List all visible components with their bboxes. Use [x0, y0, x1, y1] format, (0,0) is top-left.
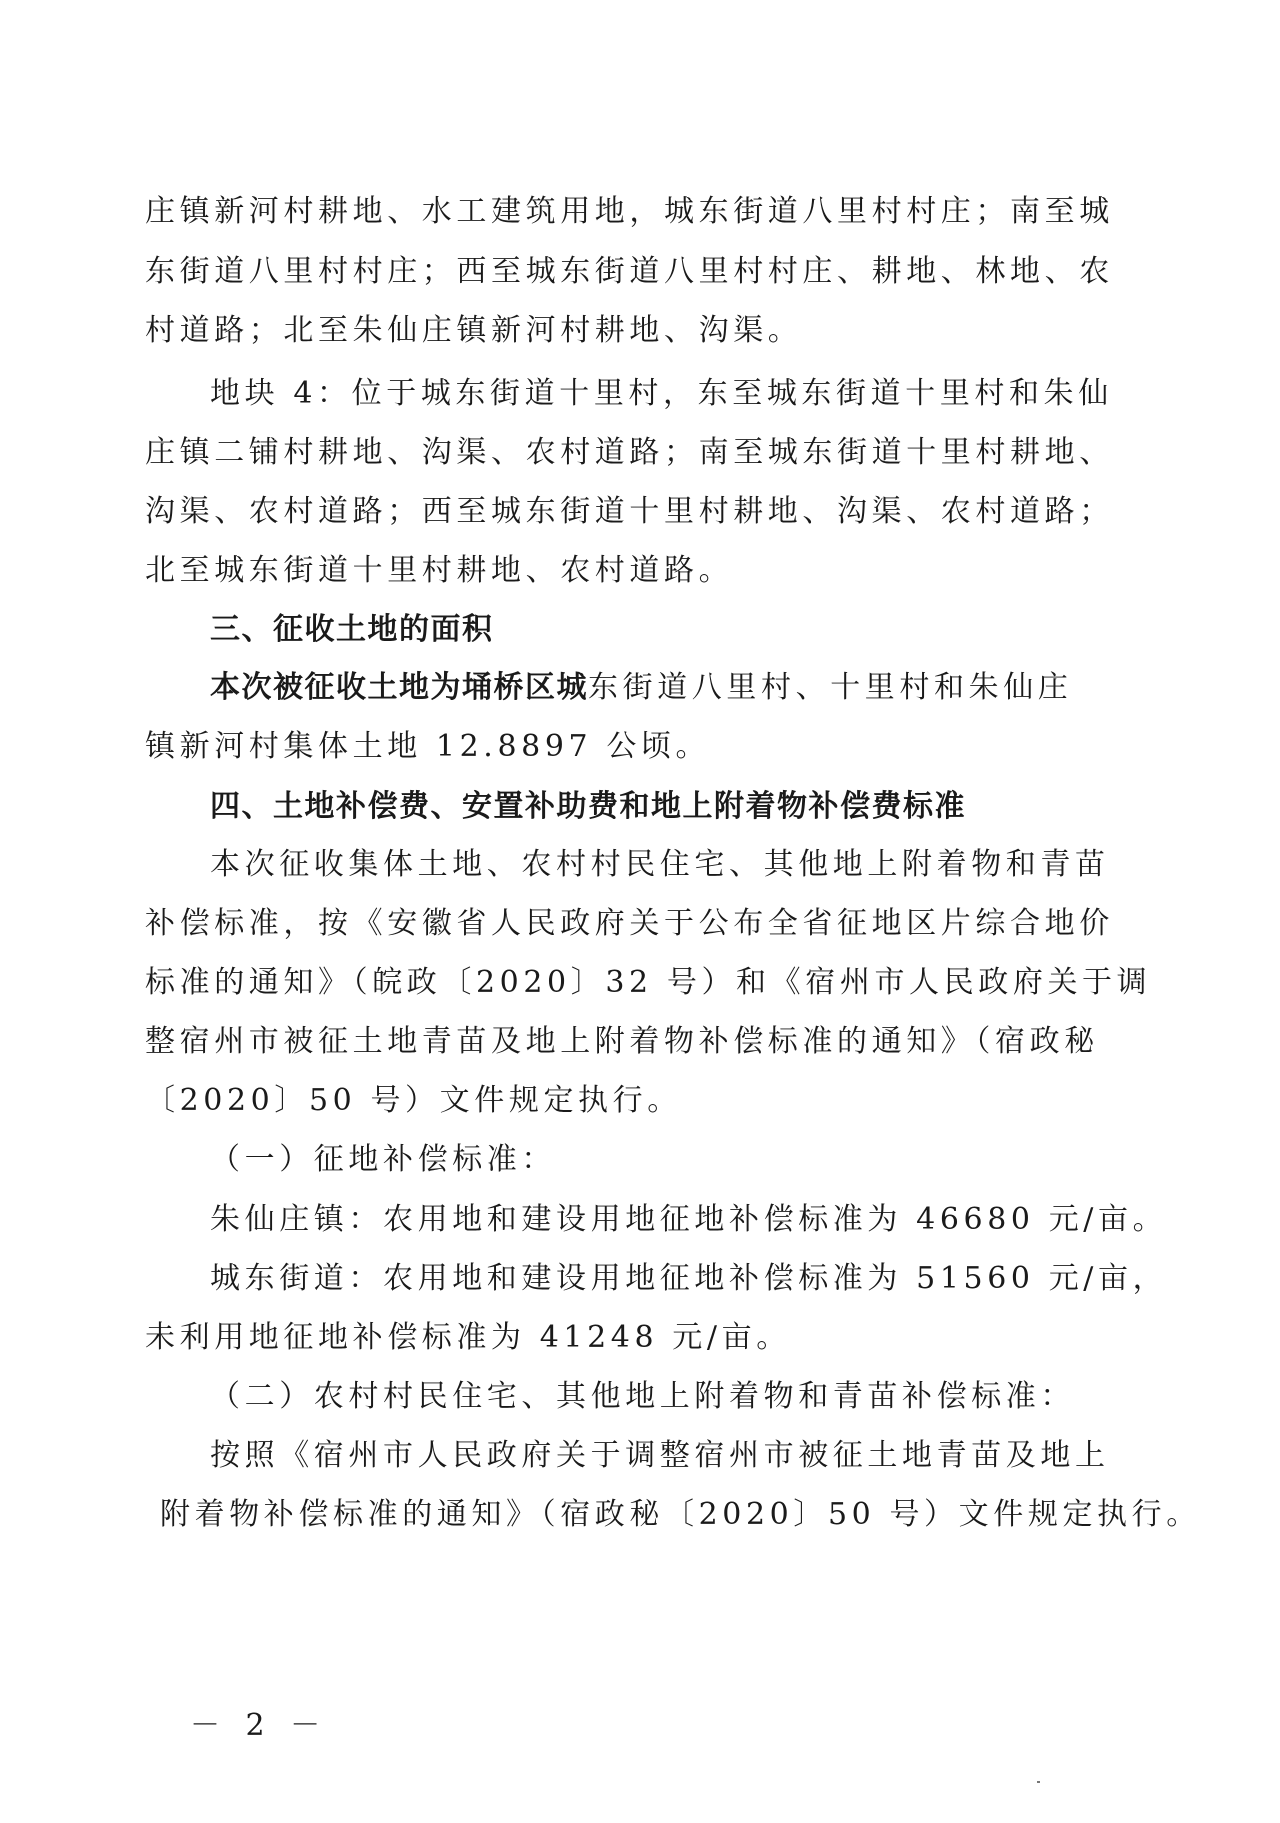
subsection-heading-1: （一）征地补偿标准： [210, 1140, 1200, 1180]
body-line: 朱仙庄镇：农用地和建设用地征地补偿标准为 46680 元/亩。 [210, 1200, 1200, 1240]
body-line: 整宿州市被征土地青苗及地上附着物补偿标准的通知》（宿政秘 [145, 1022, 1135, 1062]
body-line: 地块 4：位于城东街道十里村，东至城东街道十里村和朱仙 [210, 374, 1200, 414]
section3-text: 东街道八里村、十里村和朱仙庄 [588, 670, 1072, 705]
subsection-heading-2: （二）农村村民住宅、其他地上附着物和青苗补偿标准： [210, 1377, 1200, 1417]
body-line: 北至城东街道十里村耕地、农村道路。 [145, 551, 1135, 591]
body-line: 城东街道：农用地和建设用地征地补偿标准为 51560 元/亩， [210, 1259, 1200, 1299]
scan-speck [1037, 1781, 1040, 1783]
body-line: 庄镇新河村耕地、水工建筑用地，城东街道八里村村庄；南至城 [145, 192, 1135, 232]
section-heading-4: 四、土地补偿费、安置补助费和地上附着物补偿费标准 [210, 787, 1200, 827]
body-line: 东街道八里村村庄；西至城东街道八里村村庄、耕地、林地、农 [145, 252, 1135, 292]
body-line: 镇新河村集体土地 12.8897 公顷。 [145, 727, 1135, 767]
body-line: 村道路；北至朱仙庄镇新河村耕地、沟渠。 [145, 311, 1135, 351]
body-line: 附着物补偿标准的通知》（宿政秘〔2020〕50 号）文件规定执行。 [160, 1495, 1150, 1535]
section3-paragraph: 本次被征收土地为埇桥区城东街道八里村、十里村和朱仙庄 [210, 668, 1200, 708]
body-line: 庄镇二铺村耕地、沟渠、农村道路；南至城东街道十里村耕地、 [145, 433, 1135, 473]
section-heading-3: 三、征收土地的面积 [210, 610, 1200, 650]
body-line: 本次征收集体土地、农村村民住宅、其他地上附着物和青苗 [210, 845, 1200, 885]
page-number: － 2 － [190, 1700, 328, 1744]
body-line: 标准的通知》（皖政〔2020〕32 号）和《宿州市人民政府关于调 [145, 963, 1135, 1003]
body-line: 补偿标准，按《安徽省人民政府关于公布全省征地区片综合地价 [145, 904, 1135, 944]
body-line: 〔2020〕50 号）文件规定执行。 [145, 1081, 1135, 1121]
body-line: 按照《宿州市人民政府关于调整宿州市被征土地青苗及地上 [210, 1436, 1200, 1476]
body-line: 沟渠、农村道路；西至城东街道十里村耕地、沟渠、农村道路； [145, 492, 1135, 532]
section3-bold-text: 本次被征收土地为埇桥区城 [210, 670, 588, 705]
body-line: 未利用地征地补偿标准为 41248 元/亩。 [145, 1318, 1135, 1358]
